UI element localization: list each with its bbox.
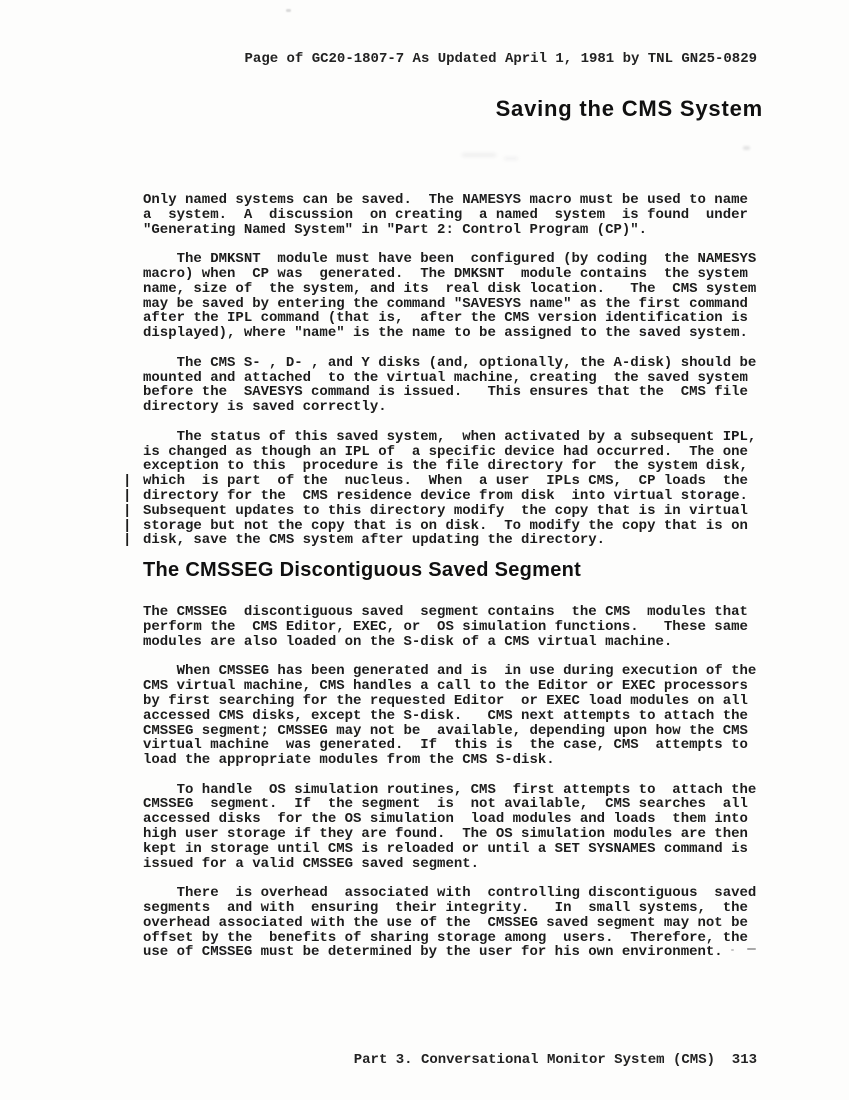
text-line-content: The CMSSEG discontiguous saved segment c… [143, 604, 748, 620]
text-line-content: "Generating Named System" in "Part 2: Co… [143, 222, 647, 238]
text-line: | The CMS S- , D- , and Y disks (and, op… [143, 356, 763, 371]
text-line: | use of CMSSEG must be determined by th… [143, 945, 763, 960]
scan-speck [462, 153, 496, 157]
text-line: | To handle OS simulation routines, CMS … [143, 783, 763, 798]
text-line: | macro) when CP was generated. The DMKS… [143, 267, 763, 282]
text-line: | modules are also loaded on the S-disk … [143, 635, 763, 650]
text-line: | accessed disks for the OS simulation l… [143, 812, 763, 827]
text-line: | segments and with ensuring their integ… [143, 901, 763, 916]
paragraph: | The DMKSNT module must have been confi… [143, 252, 763, 341]
text-line-content: after the IPL command (that is, after th… [143, 310, 748, 326]
text-line: | "Generating Named System" in "Part 2: … [143, 223, 763, 238]
text-line-content: load the appropriate modules from the CM… [143, 752, 555, 768]
paragraph: | There is overhead associated with cont… [143, 886, 763, 960]
text-line: | kept in storage until CMS is reloaded … [143, 842, 763, 857]
text-line: | mounted and attached to the virtual ma… [143, 371, 763, 386]
text-line-content: directory is saved correctly. [143, 399, 387, 415]
text-line: | directory is saved correctly. [143, 400, 763, 415]
text-line: | overhead associated with the use of th… [143, 916, 763, 931]
text-line: | The CMSSEG discontiguous saved segment… [143, 605, 763, 620]
document-page: Page of GC20-1807-7 As Updated April 1, … [0, 0, 849, 1100]
text-line-content: CMSSEG segment; CMSSEG may not be availa… [143, 723, 748, 739]
text-line: | virtual machine was generated. If this… [143, 738, 763, 753]
text-line: | which is part of the nucleus. When a u… [143, 474, 763, 489]
text-line-content: disk, save the CMS system after updating… [143, 532, 605, 548]
text-line: | The status of this saved system, when … [143, 430, 763, 445]
text-line-content: use of CMSSEG must be determined by the … [143, 944, 723, 960]
text-line: | CMS virtual machine, CMS handles a cal… [143, 679, 763, 694]
body-text: | Only named systems can be saved. The N… [143, 193, 763, 960]
text-line-content: segments and with ensuring their integri… [143, 900, 748, 916]
page-title: Saving the CMS System [0, 96, 763, 122]
text-line-content: is changed as though an IPL of a specifi… [143, 444, 748, 460]
text-line-content: When CMSSEG has been generated and is in… [143, 663, 756, 679]
text-line-content: mounted and attached to the virtual mach… [143, 370, 748, 386]
paragraph: | The CMSSEG discontiguous saved segment… [143, 605, 763, 649]
text-line: | exception to this procedure is the fil… [143, 459, 763, 474]
text-line-content: modules are also loaded on the S-disk of… [143, 634, 672, 650]
text-line-content: Only named systems can be saved. The NAM… [143, 192, 748, 208]
text-line-content: offset by the benefits of sharing storag… [143, 930, 748, 946]
text-line: | The DMKSNT module must have been confi… [143, 252, 763, 267]
change-bar: | [123, 533, 140, 548]
text-line-content: a system. A discussion on creating a nam… [143, 207, 748, 223]
text-line: | issued for a valid CMSSEG saved segmen… [143, 857, 763, 872]
paragraph: | Only named systems can be saved. The N… [143, 193, 763, 237]
scan-speck [747, 948, 756, 950]
text-line: | storage but not the copy that is on di… [143, 519, 763, 534]
text-line: | directory for the CMS residence device… [143, 489, 763, 504]
text-line-content: high user storage if they are found. The… [143, 826, 748, 842]
text-line: | a system. A discussion on creating a n… [143, 208, 763, 223]
text-line: | CMSSEG segment. If the segment is not … [143, 797, 763, 812]
text-line-content: directory for the CMS residence device f… [143, 488, 748, 504]
scan-speck [504, 157, 518, 160]
text-line-content: overhead associated with the use of the … [143, 915, 748, 931]
text-line-content: accessed CMS disks, except the S-disk. C… [143, 708, 748, 724]
text-line-content: perform the CMS Editor, EXEC, or OS simu… [143, 619, 748, 635]
change-bar: | [123, 504, 140, 519]
text-line-content: storage but not the copy that is on disk… [143, 518, 748, 534]
text-line-content: before the SAVESYS command is issued. Th… [143, 384, 748, 400]
text-line: | before the SAVESYS command is issued. … [143, 385, 763, 400]
text-line-content: kept in storage until CMS is reloaded or… [143, 841, 748, 857]
text-line: | accessed CMS disks, except the S-disk.… [143, 709, 763, 724]
scan-speck [731, 949, 734, 951]
text-line: | may be saved by entering the command "… [143, 297, 763, 312]
text-line-content: CMS virtual machine, CMS handles a call … [143, 678, 748, 694]
text-line: | When CMSSEG has been generated and is … [143, 664, 763, 679]
paragraph: | The status of this saved system, when … [143, 430, 763, 548]
text-line-content: Subsequent updates to this directory mod… [143, 503, 748, 519]
text-line: | offset by the benefits of sharing stor… [143, 931, 763, 946]
text-line-content: macro) when CP was generated. The DMKSNT… [143, 266, 748, 282]
text-line-content: name, size of the system, and its real d… [143, 281, 756, 297]
paragraph: | The CMS S- , D- , and Y disks (and, op… [143, 356, 763, 415]
paragraph: | When CMSSEG has been generated and is … [143, 664, 763, 768]
change-bar: | [123, 474, 140, 489]
section-heading: The CMSSEG Discontiguous Saved Segment [143, 559, 763, 581]
text-line: | by first searching for the requested E… [143, 694, 763, 709]
text-line: | name, size of the system, and its real… [143, 282, 763, 297]
text-line-content: may be saved by entering the command "SA… [143, 296, 748, 312]
running-header: Page of GC20-1807-7 As Updated April 1, … [0, 51, 757, 67]
paragraph: | To handle OS simulation routines, CMS … [143, 783, 763, 872]
text-line: | There is overhead associated with cont… [143, 886, 763, 901]
text-line-content: To handle OS simulation routines, CMS fi… [143, 782, 756, 798]
text-line-content: by first searching for the requested Edi… [143, 693, 748, 709]
text-line: | load the appropriate modules from the … [143, 753, 763, 768]
text-line-content: accessed disks for the OS simulation loa… [143, 811, 748, 827]
text-line-content: The CMS S- , D- , and Y disks (and, opti… [143, 355, 756, 371]
text-line: | Only named systems can be saved. The N… [143, 193, 763, 208]
text-line-content: There is overhead associated with contro… [143, 885, 756, 901]
text-line: | Subsequent updates to this directory m… [143, 504, 763, 519]
text-line-content: which is part of the nucleus. When a use… [143, 473, 748, 489]
scan-speck [743, 146, 750, 150]
text-line-content: issued for a valid CMSSEG saved segment. [143, 856, 479, 872]
text-line-content: The status of this saved system, when ac… [143, 429, 756, 445]
text-line-content: virtual machine was generated. If this i… [143, 737, 748, 753]
text-line: | after the IPL command (that is, after … [143, 311, 763, 326]
text-line: | CMSSEG segment; CMSSEG may not be avai… [143, 724, 763, 739]
text-line: | disk, save the CMS system after updati… [143, 533, 763, 548]
change-bar: | [123, 489, 140, 504]
text-line: | perform the CMS Editor, EXEC, or OS si… [143, 620, 763, 635]
text-line: | displayed), where "name" is the name t… [143, 326, 763, 341]
text-line: | high user storage if they are found. T… [143, 827, 763, 842]
text-line-content: exception to this procedure is the file … [143, 458, 748, 474]
text-line-content: displayed), where "name" is the name to … [143, 325, 748, 341]
text-line-content: CMSSEG segment. If the segment is not av… [143, 796, 748, 812]
text-line-content: The DMKSNT module must have been configu… [143, 251, 756, 267]
change-bar: | [123, 519, 140, 534]
text-line: | is changed as though an IPL of a speci… [143, 445, 763, 460]
running-footer: Part 3. Conversational Monitor System (C… [0, 1052, 757, 1068]
scan-speck [286, 9, 291, 12]
